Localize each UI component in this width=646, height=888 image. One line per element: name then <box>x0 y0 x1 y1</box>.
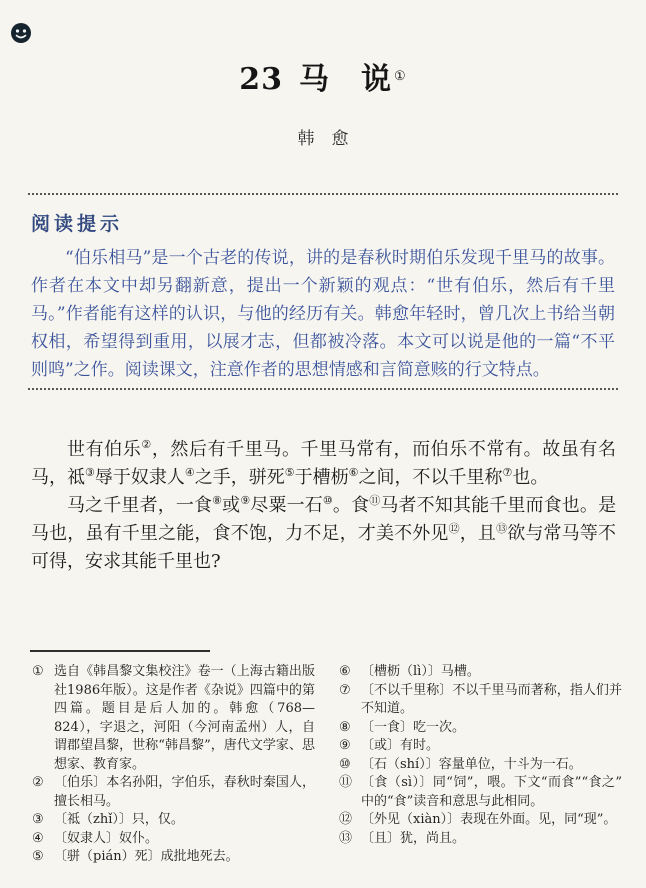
footnote-text: 〔槽枥（lì）〕马槽。 <box>361 663 622 682</box>
dotted-divider-top <box>28 193 618 195</box>
reading-tips-body: “伯乐相马”是一个古老的传说，讲的是春秋时期伯乐发现千里马的故事。作者在本文中却… <box>31 244 615 384</box>
footnote-ref: ⑬ <box>496 522 507 535</box>
footnote-text: 〔或〕有时。 <box>361 737 622 756</box>
footnote-marker: ⑪ <box>339 774 361 811</box>
footnote-column-right: ⑥〔槽枥（lì）〕马槽。⑦〔不以千里称〕不以千里马而著称，指人们并不知道。⑧〔一… <box>339 663 622 867</box>
lesson-title-text: 马 说 <box>299 62 392 97</box>
footnote-marker: ④ <box>32 830 54 849</box>
text-paragraph-2: 马之千里者，一食⑧或⑨尽粟一石⑩。食⑪马者不知其能千里而食也。是马也，虽有千里之… <box>31 492 616 576</box>
footnote-ref: ⑥ <box>349 466 359 479</box>
footnote-ref: ④ <box>185 466 195 479</box>
textbook-page: 23马 说① 韩 愈 阅读提示 “伯乐相马”是一个古老的传说，讲的是春秋时期伯乐… <box>0 0 646 888</box>
footnote-text: 〔一食〕吃一次。 <box>361 719 622 738</box>
footnote-item: ⑧〔一食〕吃一次。 <box>339 719 622 738</box>
footnote-text: 〔石（shí）〕容量单位，十斗为一石。 <box>361 756 622 775</box>
footnote-text: 〔骈（pián）死〕成批地死去。 <box>54 848 315 867</box>
footnote-item: ⑦〔不以千里称〕不以千里马而著称，指人们并不知道。 <box>339 682 622 719</box>
footnote-ref: ③ <box>85 466 95 479</box>
footnote-item: ③〔祗（zhǐ）〕只，仅。 <box>32 811 315 830</box>
footnote-marker: ⑨ <box>339 737 361 756</box>
footnote-item: ⑥〔槽枥（lì）〕马槽。 <box>339 663 622 682</box>
footnote-marker: ⑩ <box>339 756 361 775</box>
smiley-face-icon <box>10 22 32 44</box>
footnote-marker: ② <box>32 774 54 811</box>
footnote-item: ⑪〔食（sì）〕同“饲”，喂。下文“而食”“食之”中的“食”读音和意思与此相同。 <box>339 774 622 811</box>
footnote-ref: ⑩ <box>323 494 333 507</box>
footnote-marker: ① <box>32 663 54 774</box>
footnote-item: ⑤〔骈（pián）死〕成批地死去。 <box>32 848 315 867</box>
footnote-text: 〔食（sì）〕同“饲”，喂。下文“而食”“食之”中的“食”读音和意思与此相同。 <box>361 774 622 811</box>
lesson-header: 23马 说① 韩 愈 <box>0 0 646 149</box>
footnote-item: ②〔伯乐〕本名孙阳，字伯乐，春秋时秦国人，擅长相马。 <box>32 774 315 811</box>
footnote-text: 〔且〕犹，尚且。 <box>361 830 622 849</box>
footnote-text: 选自《韩昌黎文集校注》卷一（上海古籍出版社1986年版）。这是作者《杂说》四篇中… <box>54 663 315 774</box>
footnote-ref: ② <box>141 438 151 451</box>
footnote-item: ⑩〔石（shí）〕容量单位，十斗为一石。 <box>339 756 622 775</box>
author-name: 韩 愈 <box>0 124 646 149</box>
footnote-item: ⑫〔外见（xiàn）〕表现在外面。见，同“现”。 <box>339 811 622 830</box>
footnotes: ①选自《韩昌黎文集校注》卷一（上海古籍出版社1986年版）。这是作者《杂说》四篇… <box>32 663 622 867</box>
footnote-item: ④〔奴隶人〕奴仆。 <box>32 830 315 849</box>
footnote-marker: ⑫ <box>339 811 361 830</box>
footnote-text: 〔祗（zhǐ）〕只，仅。 <box>54 811 315 830</box>
reading-tips-heading: 阅读提示 <box>31 209 615 236</box>
footnote-item: ⑨〔或〕有时。 <box>339 737 622 756</box>
page-title: 23马 说① <box>0 54 646 98</box>
footnote-marker: ⑦ <box>339 682 361 719</box>
footnote-marker: ③ <box>32 811 54 830</box>
footnote-marker: ⑧ <box>339 719 361 738</box>
footnote-column-left: ①选自《韩昌黎文集校注》卷一（上海古籍出版社1986年版）。这是作者《杂说》四篇… <box>32 663 315 867</box>
lesson-number: 23 <box>239 62 283 97</box>
footnote-text: 〔外见（xiàn）〕表现在外面。见，同“现”。 <box>361 811 622 830</box>
footnote-text: 〔不以千里称〕不以千里马而著称，指人们并不知道。 <box>361 682 622 719</box>
dotted-divider-bottom <box>28 388 618 390</box>
footnote-ref: ⑦ <box>503 466 513 479</box>
footnote-marker: ⑥ <box>339 663 361 682</box>
main-text: 世有伯乐②，然后有千里马。千里马常有，而伯乐不常有。故虽有名马，祗③辱于奴隶人④… <box>31 436 616 576</box>
text-paragraph-1: 世有伯乐②，然后有千里马。千里马常有，而伯乐不常有。故虽有名马，祗③辱于奴隶人④… <box>31 436 616 492</box>
footnote-marker: ⑬ <box>339 830 361 849</box>
footnote-ref: ⑤ <box>285 466 295 479</box>
footnote-ref: ⑫ <box>449 522 460 535</box>
footnote-ref: ⑨ <box>240 494 250 507</box>
footnote-text: 〔奴隶人〕奴仆。 <box>54 830 315 849</box>
footnote-separator <box>30 650 210 652</box>
footnote-ref: ⑧ <box>212 494 222 507</box>
footnote-item: ①选自《韩昌黎文集校注》卷一（上海古籍出版社1986年版）。这是作者《杂说》四篇… <box>32 663 315 774</box>
reading-tips-section: 阅读提示 “伯乐相马”是一个古老的传说，讲的是春秋时期伯乐发现千里马的故事。作者… <box>31 209 615 384</box>
footnote-item: ⑬〔且〕犹，尚且。 <box>339 830 622 849</box>
footnote-text: 〔伯乐〕本名孙阳，字伯乐，春秋时秦国人，擅长相马。 <box>54 774 315 811</box>
footnote-marker: ⑤ <box>32 848 54 867</box>
title-footnote-ref: ① <box>394 69 407 84</box>
footnote-ref: ⑪ <box>369 494 380 507</box>
